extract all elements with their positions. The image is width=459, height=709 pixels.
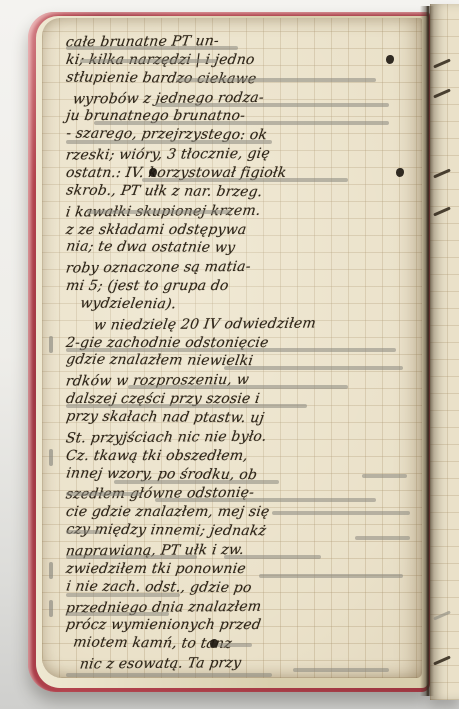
- pencil-mark: [80, 59, 218, 63]
- pencil-mark: [259, 574, 403, 578]
- pencil-mark: [66, 46, 238, 50]
- notebook-photo: całe brunatne PT un-ki; kilka narzędzi |…: [0, 0, 459, 709]
- pencil-mark: [66, 593, 180, 597]
- handwriting-line: St. przyjściach nic nie było.: [65, 426, 412, 448]
- handwriting-text: całe brunatne PT un-ki; kilka narzędzi |…: [66, 28, 410, 674]
- pencil-mark: [66, 555, 197, 559]
- pencil-mark: [293, 668, 389, 672]
- pencil-mark: [155, 498, 375, 502]
- pencil-mark: [66, 404, 307, 408]
- notebook-page: całe brunatne PT un-ki; kilka narzędzi |…: [42, 18, 422, 678]
- facing-page-ink-stroke: [433, 610, 451, 620]
- margin-pencil-tick: [49, 600, 53, 617]
- pencil-mark: [362, 474, 407, 478]
- pencil-mark: [114, 480, 279, 484]
- margin-pencil-tick: [49, 336, 53, 353]
- handwriting-line: Cz. tkawą tki obszedłem,: [65, 447, 412, 466]
- margin-pencil-tick: [49, 562, 53, 579]
- pencil-mark: [155, 103, 389, 107]
- facing-page-ink-stroke: [433, 88, 451, 98]
- ink-blot: [149, 168, 157, 177]
- pencil-mark: [66, 140, 272, 144]
- pencil-mark: [128, 385, 348, 389]
- handwriting-line: w niedzielę 20 IV odwiedziłem: [92, 313, 439, 335]
- gutter-shadow: [420, 6, 434, 696]
- pencil-mark: [355, 536, 410, 540]
- ink-blot: [386, 55, 394, 64]
- facing-page-ink-stroke: [433, 168, 451, 178]
- pencil-mark: [66, 348, 396, 352]
- facing-page-ink-stroke: [433, 655, 451, 665]
- facing-page-ink-stroke: [433, 206, 451, 216]
- pencil-mark: [66, 492, 142, 496]
- handwriting-line: mi 5; (jest to grupa do: [65, 277, 412, 296]
- pencil-mark: [66, 612, 169, 616]
- facing-page-ink-stroke: [433, 58, 451, 68]
- pencil-mark: [224, 555, 320, 559]
- pencil-mark: [272, 511, 410, 515]
- handwriting-line: z ze składami odstępywa: [65, 221, 412, 240]
- pencil-mark: [142, 178, 348, 182]
- pencil-mark: [87, 210, 231, 214]
- margin-pencil-tick: [49, 449, 53, 466]
- handwriting-line: prócz wymienionych przed: [65, 616, 412, 635]
- handwriting-line: roby oznaczone są matia-: [65, 257, 412, 279]
- pencil-mark: [66, 530, 100, 534]
- notebook: całe brunatne PT un-ki; kilka narzędzi |…: [28, 4, 459, 706]
- pencil-mark: [224, 366, 403, 370]
- pencil-mark: [176, 78, 376, 82]
- handwriting-line: rzeski; wióry, 3 tłocznie, gię: [65, 144, 412, 166]
- pencil-mark: [66, 673, 272, 677]
- pencil-mark: [94, 121, 390, 125]
- facing-page-sliver: [430, 4, 459, 700]
